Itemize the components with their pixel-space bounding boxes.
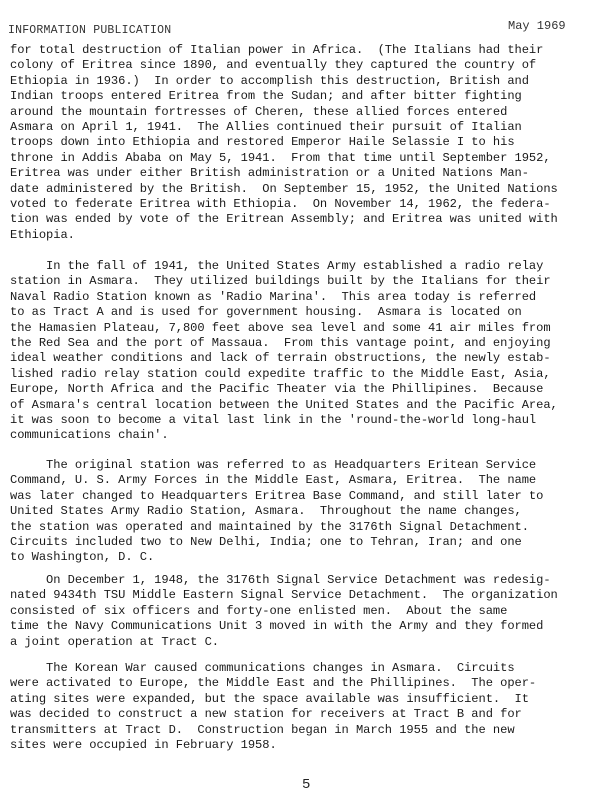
text-line: to Washington, D. C. [10,550,590,565]
text-line: Naval Radio Station known as 'Radio Mari… [10,290,590,305]
text-line: to as Tract A and is used for government… [10,305,590,320]
text-line: a joint operation at Tract C. [10,635,590,650]
text-line: United States Army Radio Station, Asmara… [10,504,590,519]
paragraph-signal-detachment: On December 1, 1948, the 3176th Signal S… [10,573,590,650]
text-line: were activated to Europe, the Middle Eas… [10,676,590,691]
text-line: ideal weather conditions and lack of ter… [10,351,590,366]
text-line: Asmara on April 1, 1941. The Allies cont… [10,120,590,135]
paragraph-korean-war: The Korean War caused communications cha… [10,661,590,753]
text-line: consisted of six officers and forty-one … [10,604,590,619]
text-line: date administered by the British. On Sep… [10,182,590,197]
text-line: lished radio relay station could expedit… [10,367,590,382]
text-line: colony of Eritrea since 1890, and eventu… [10,58,590,73]
text-line: Ethiopia. [10,228,590,243]
text-line: voted to federate Eritrea with Ethiopia.… [10,197,590,212]
text-line: throne in Addis Ababa on May 5, 1941. Fr… [10,151,590,166]
text-line: On December 1, 1948, the 3176th Signal S… [10,573,590,588]
text-line: for total destruction of Italian power i… [10,43,590,58]
text-line: communications chain'. [10,428,590,443]
text-line: Command, U. S. Army Forces in the Middle… [10,473,590,488]
text-line: the Red Sea and the port of Massaua. Fro… [10,336,590,351]
text-line: ating sites were expanded, but the space… [10,692,590,707]
text-line: Europe, North Africa and the Pacific The… [10,382,590,397]
text-line: Circuits included two to New Delhi, Indi… [10,535,590,550]
text-line: tion was ended by vote of the Eritrean A… [10,212,590,227]
text-line: Indian troops entered Eritrea from the S… [10,89,590,104]
text-line: station in Asmara. They utilized buildin… [10,274,590,289]
text-line: the station was operated and maintained … [10,520,590,535]
text-line: The original station was referred to as … [10,458,590,473]
text-line: nated 9434th TSU Middle Eastern Signal S… [10,588,590,603]
text-line: troops down into Ethiopia and restored E… [10,135,590,150]
text-line: In the fall of 1941, the United States A… [10,259,590,274]
paragraph-station-names: The original station was referred to as … [10,458,590,566]
publication-date: May 1969 [508,19,566,33]
text-line: transmitters at Tract D. Construction be… [10,723,590,738]
text-line: the Hamasien Plateau, 7,800 feet above s… [10,321,590,336]
text-line: was later changed to Headquarters Eritre… [10,489,590,504]
text-line: of Asmara's central location between the… [10,398,590,413]
paragraph-radio-relay-station: In the fall of 1941, the United States A… [10,259,590,444]
text-line: The Korean War caused communications cha… [10,661,590,676]
text-line: was decided to construct a new station f… [10,707,590,722]
text-line: sites were occupied in February 1958. [10,738,590,753]
text-line: time the Navy Communications Unit 3 move… [10,619,590,634]
text-line: Eritrea was under either British adminis… [10,166,590,181]
paragraph-italian-campaign: for total destruction of Italian power i… [10,43,590,243]
page-number: 5 [302,777,310,793]
text-line: Ethiopia in 1936.) In order to accomplis… [10,74,590,89]
publication-header: INFORMATION PUBLICATION [8,24,171,37]
text-line: around the mountain fortresses of Cheren… [10,105,590,120]
text-line: it was soon to become a vital last link … [10,413,590,428]
